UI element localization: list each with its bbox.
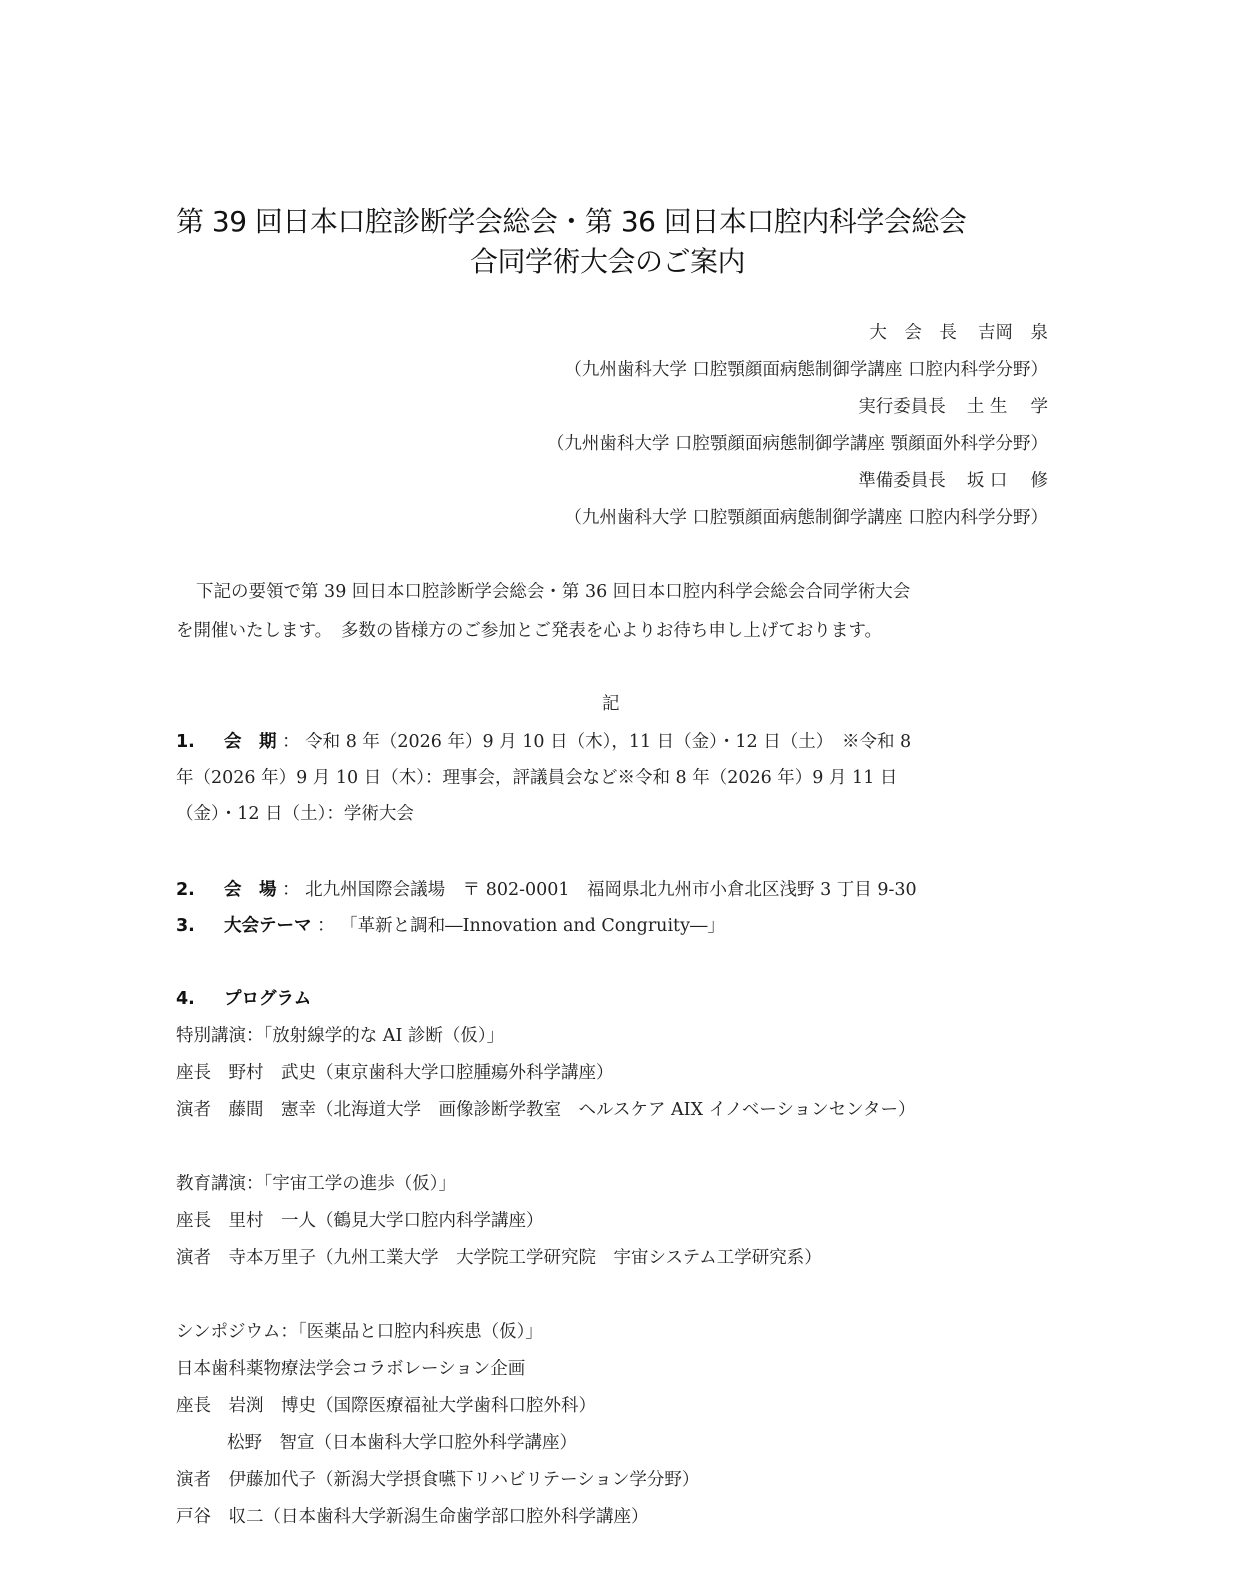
organizer-preparatory-chair-affiliation: （九州歯科大学 口腔顎顔面病態制御学講座 口腔内科学分野）	[564, 506, 1048, 530]
special-lecture-heading: 特別講演：「放射線学的な AI 診断（仮）」	[176, 1024, 504, 1048]
title-line-1: 第 39 回日本口腔診断学会総会・第 36 回日本口腔内科学会総会	[176, 203, 966, 241]
organizer-name: 土 生 学	[967, 397, 1048, 417]
special-lecture-chair: 座長 野村 武史（東京歯科大学口腔腫瘍外科学講座）	[176, 1061, 614, 1085]
organizer-preparatory-chair: 準備委員長 坂 口 修	[858, 469, 1048, 493]
section-label: プログラム	[224, 989, 311, 1009]
organizer-role: 実行委員長	[858, 397, 946, 417]
section-colon: ：	[282, 732, 300, 752]
section-number: 2.	[176, 880, 195, 900]
symposium-chair-2: 松野 智宣（日本歯科大学口腔外科学講座）	[227, 1431, 577, 1455]
venue-value: 北九州国際会議場 〒 802-0001 福岡県北九州市小倉北区浅野 3 丁目 9…	[305, 880, 917, 900]
organizer-role: 準備委員長	[858, 471, 946, 491]
symposium-heading: シンポジウム：「医薬品と口腔内科疾患（仮）」	[176, 1320, 543, 1344]
educational-lecture-heading: 教育講演：「宇宙工学の進歩（仮）」	[176, 1172, 456, 1196]
dates-line-1: 1. 会 期 ： 令和 8 年（2026 年）9 月 10 日（木），11 日（…	[176, 730, 911, 754]
symposium-speaker-1: 演者 伊藤加代子（新潟大学摂食嚥下リハビリテーション学分野）	[176, 1468, 699, 1492]
document-page: 第 39 回日本口腔診断学会総会・第 36 回日本口腔内科学会総会 合同学術大会…	[0, 0, 1241, 1590]
section-number: 3.	[176, 916, 195, 936]
symposium-subtitle: 日本歯科薬物療法学会コラボレーション企画	[176, 1357, 525, 1381]
organizer-name: 坂 口 修	[967, 471, 1048, 491]
organizer-executive-chair: 実行委員長 土 生 学	[858, 395, 1048, 419]
section-label: 大会テーマ	[224, 916, 312, 936]
organizer-executive-chair-affiliation: （九州歯科大学 口腔顎顔面病態制御学講座 顎顔面外科学分野）	[547, 432, 1048, 456]
dates-line-3: （金）・12 日（土）：学術大会	[176, 802, 414, 826]
organizer-president: 大 会 長 吉岡 泉	[869, 321, 1048, 345]
intro-line-1: 下記の要領で第 39 回日本口腔診断学会総会・第 36 回日本口腔内科学会総会合…	[196, 580, 910, 604]
special-lecture-speaker: 演者 藤間 憲幸（北海道大学 画像診断学教室 ヘルスケア AIX イノベーション…	[176, 1098, 915, 1122]
ki-heading: 記	[602, 692, 620, 716]
organizer-president-affiliation: （九州歯科大学 口腔顎顔面病態制御学講座 口腔内科学分野）	[564, 358, 1048, 382]
intro-line-2: を開催いたします。 多数の皆様方のご参加とご発表を心よりお待ち申し上げております…	[176, 619, 882, 643]
dates-value: 令和 8 年（2026 年）9 月 10 日（木），11 日（金）・12 日（土…	[305, 732, 911, 752]
section-colon: ：	[317, 916, 335, 936]
section-venue: 2. 会 場 ： 北九州国際会議場 〒 802-0001 福岡県北九州市小倉北区…	[176, 878, 917, 902]
educational-lecture-speaker: 演者 寺本万里子（九州工業大学 大学院工学研究院 宇宙システム工学研究系）	[176, 1246, 822, 1270]
educational-lecture-chair: 座長 里村 一人（鶴見大学口腔内科学講座）	[176, 1209, 544, 1233]
title-line-2: 合同学術大会のご案内	[470, 243, 745, 281]
dates-line-2: 年（2026 年）9 月 10 日（木）：理事会，評議員会など※令和 8 年（2…	[176, 766, 897, 790]
section-theme: 3. 大会テーマ ： 「革新と調和―Innovation and Congrui…	[176, 914, 725, 938]
symposium-speaker-2: 戸谷 収二（日本歯科大学新潟生命歯学部口腔外科学講座）	[176, 1505, 649, 1529]
organizer-role: 大 会 長	[869, 323, 957, 343]
organizer-name: 吉岡 泉	[978, 323, 1048, 343]
section-program: 4. プログラム	[176, 987, 311, 1011]
theme-value: 「革新と調和―Innovation and Congruity―」	[340, 916, 725, 936]
section-number: 4.	[176, 989, 195, 1009]
section-number: 1.	[176, 732, 195, 752]
section-label: 会 場	[224, 880, 277, 900]
section-label: 会 期	[224, 732, 277, 752]
section-colon: ：	[282, 880, 300, 900]
symposium-chair-1: 座長 岩渕 博史（国際医療福祉大学歯科口腔外科）	[176, 1394, 596, 1418]
